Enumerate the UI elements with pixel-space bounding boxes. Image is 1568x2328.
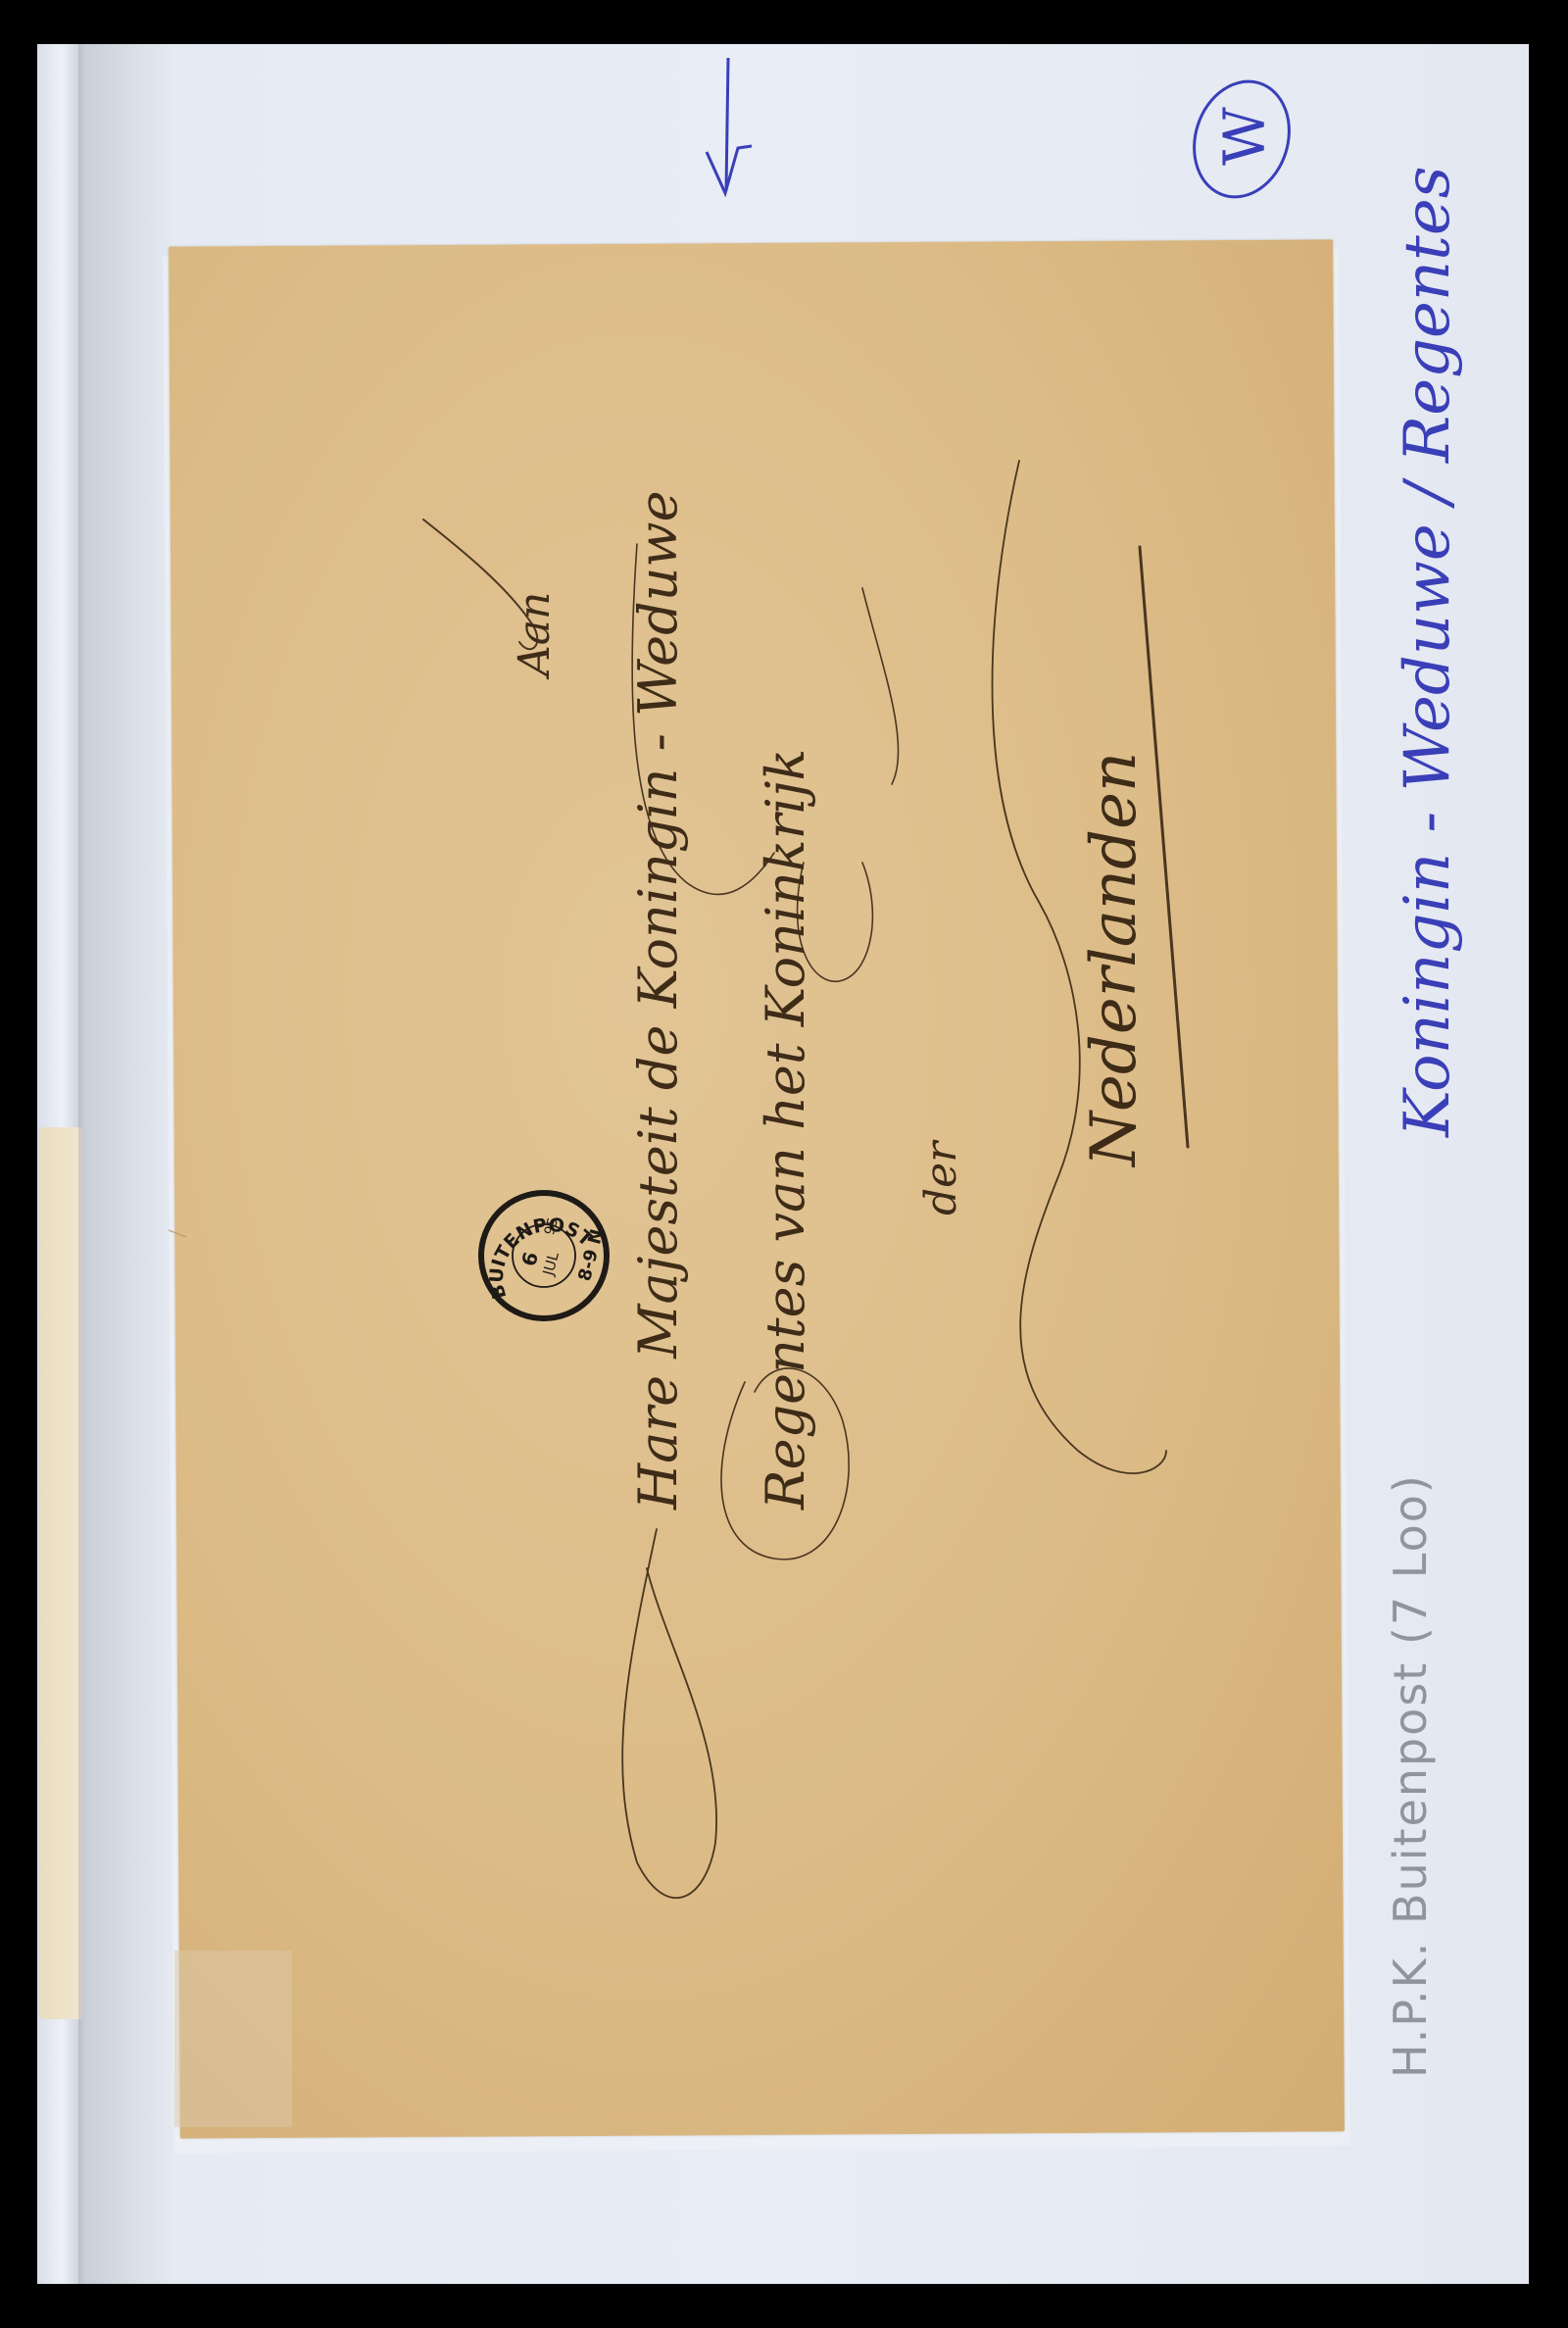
postmark-month: JUL	[539, 1250, 563, 1278]
address-line-3: der	[916, 1142, 966, 1215]
address-line-aan: Aan	[510, 592, 560, 676]
envelope-corner-discoloration	[174, 1951, 292, 2127]
buitenpost-postmark: BUITENPOST 6 JUL 95 8-9 N	[477, 1189, 611, 1322]
down-arrow-icon	[701, 54, 759, 201]
postmark-day: 6	[516, 1250, 543, 1269]
pencil-annotation: H.P.K. Buitenpost (7 Loo)	[1384, 1473, 1437, 2078]
address-line-2: Regentes van het Koninkrijk	[755, 749, 816, 1510]
underlying-document-strip	[39, 1127, 82, 2019]
circled-letter: W	[1211, 107, 1278, 166]
page-gutter-shadow	[78, 44, 171, 2284]
address-line-4: Nederlanden	[1078, 752, 1151, 1166]
ink-annotation: Koningin - Weduwe / Regentes	[1392, 166, 1464, 1137]
circled-letter-annotation: W	[1186, 74, 1298, 206]
address-line-1: Hare Majesteit de Koningin - Weduwe	[627, 490, 689, 1510]
